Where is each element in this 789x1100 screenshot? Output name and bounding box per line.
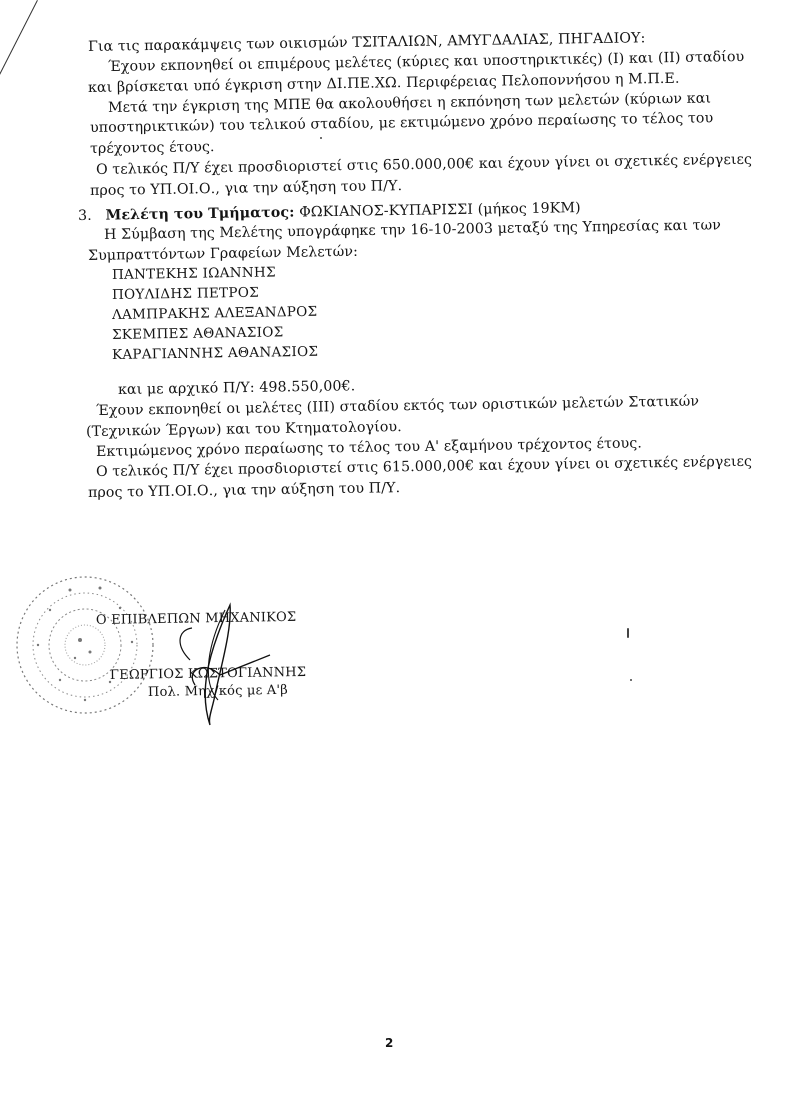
scan-speck: [627, 628, 629, 638]
handwritten-signature-icon: [170, 600, 280, 730]
office-name: ΠΟΥΛΙΔΗΣ ΠΕΤΡΟΣ: [112, 284, 259, 304]
office-name: ΣΚΕΜΠΕΣ ΑΘΑΝΑΣΙΟΣ: [112, 323, 284, 344]
initial-budget: και με αρχικό Π/Υ: 498.550,00€.: [118, 377, 356, 399]
text-line: Συμπραττόντων Γραφείων Μελετών:: [88, 243, 358, 265]
office-name: ΚΑΡΑΓΙΑΝΝΗΣ ΑΘΑΝΑΣΙΟΣ: [112, 343, 319, 364]
section-title-label: Μελέτη του Τμήματος:: [105, 205, 294, 224]
office-name: ΛΑΜΠΡΑΚΗΣ ΑΛΕΞΑΝΔΡΟΣ: [112, 303, 318, 324]
office-name: ΠΑΝΤΕΚΗΣ ΙΩΑΝΝΗΣ: [112, 263, 276, 284]
document-page: Για τις παρακάμψεις των οικισμών ΤΣΙΤΑΛΙ…: [0, 0, 789, 1100]
text-line: προς το ΥΠ.ΟΙ.Ο., για την αύξηση του Π/Υ…: [90, 177, 402, 200]
scan-artifact-line: [0, 0, 38, 77]
scan-speck: [320, 137, 322, 139]
page-number: 2: [385, 1036, 393, 1050]
text-line: τρέχοντος έτους.: [90, 138, 215, 158]
official-seal-stamp-icon: [10, 570, 160, 720]
scan-speck: [630, 679, 632, 681]
text-line: (Τεχνικών Έργων) και του Κτηματολογίου.: [86, 418, 402, 441]
section-title-value: ΦΩΚΙΑΝΟΣ-ΚΥΠΑΡΙΣΣΙ (μήκος 19ΚΜ): [299, 200, 581, 220]
text-line: προς το ΥΠ.ΟΙ.Ο., για την αύξηση του Π/Υ…: [88, 479, 400, 502]
section-number: 3.: [78, 208, 92, 224]
